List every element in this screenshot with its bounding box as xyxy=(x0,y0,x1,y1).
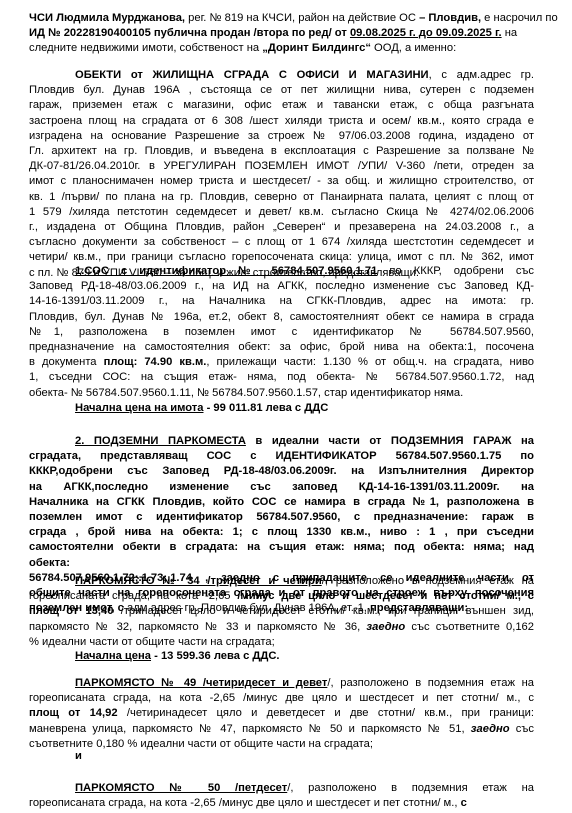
text-line: гараж, приземен етаж с магазини, офис ет… xyxy=(29,98,534,113)
text-line: поземлен имот с идентификатор 56784.507.… xyxy=(29,510,534,525)
text-line: Гл. архитект на гр. Пловдив, и въведена … xyxy=(29,144,534,159)
text-line: сградата, представляващ СОС с ИДЕНТИФИКА… xyxy=(29,449,534,464)
text-line: съгласно документи за собственост – с пл… xyxy=(29,235,534,250)
text-line: ПАРКОМЯСТО № 50 /петдесет/, разположено … xyxy=(29,781,534,796)
item1-price-value: - 99 011.81 лева с ДДС xyxy=(203,402,328,414)
text-line: ЧСИ Людмила Мурджанова, рег. № 819 на КЧ… xyxy=(29,11,562,26)
text-line: в документа площ: 74.90 кв.м., прилежащи… xyxy=(29,355,534,370)
building-description-paragraph: ОБЕКТИ от ЖИЛИЩНА СГРАДА С ОФИСИ И МАГАЗ… xyxy=(29,68,534,281)
text-line: 1 579 /хиляда петстотин седемдесет и дев… xyxy=(29,205,534,220)
text-line: ИД № 20228190400105 публична продан /вто… xyxy=(29,26,562,41)
parking-34-price-value: - 13 599.36 лева с ДДС. xyxy=(151,650,280,662)
text-line: 1.СОС с идентификатор № 56784.507.9560.1… xyxy=(29,264,534,279)
text-line: гореописаната сграда, на кота -2,65 /мин… xyxy=(29,589,534,604)
text-line: маневрена улица, паркомясто № 47, парком… xyxy=(29,722,534,737)
item1-price-label: Начална цена на имота xyxy=(75,402,203,414)
text-line: гореописаната сграда, на кота -2,65 /мин… xyxy=(29,796,534,811)
parking-34-paragraph: ПАРКОМЯСТО № 34 /тридесет и четири/, раз… xyxy=(29,574,534,650)
text-line: ПАРКОМЯСТО № 49 /четиридесет и девет/, р… xyxy=(29,676,534,691)
text-line: 2. ПОДЗЕМНИ ПАРКОМЕСТА в идеални части о… xyxy=(29,434,534,449)
text-line: следните недвижими имоти, собственост на… xyxy=(29,41,562,56)
conjunction-and: и xyxy=(75,750,105,764)
parking-34-price: Начална цена - 13 599.36 лева с ДДС. xyxy=(75,649,535,664)
text-line: Пловдив, бул. Дунав № 196а, ет.2, обект … xyxy=(29,310,534,325)
text-line: Заповед РД-18-48/03.06.2009 г., на ИД на… xyxy=(29,279,534,294)
text-line: г., издадена от Община Пловдив, район „С… xyxy=(29,220,534,235)
text-line: ПАРКОМЯСТО № 34 /тридесет и четири/, раз… xyxy=(29,574,534,589)
parking-50-paragraph: ПАРКОМЯСТО № 50 /петдесет/, разположено … xyxy=(29,781,534,811)
text-line: обекта: xyxy=(29,556,534,571)
header-paragraph: ЧСИ Людмила Мурджанова, рег. № 819 на КЧ… xyxy=(29,11,562,56)
text-line: сграда , брой нива на обекта: 1; с площ … xyxy=(29,525,534,540)
text-line: площ от 14,92 /четиринадесет цяло и деве… xyxy=(29,706,534,721)
text-line: застроена площ на сградата от 6 308 /шес… xyxy=(29,114,534,129)
text-line: % идеални части от общите части на сград… xyxy=(29,635,534,650)
text-line: площ от 13,40 /тринадесет цяло и четирид… xyxy=(29,604,534,619)
text-line: Пловдив бул. Дунав 196А , състояща се от… xyxy=(29,83,534,98)
text-line: №1, разположена в поземлен имот с иденти… xyxy=(29,325,534,340)
text-line: имот с планоснимачен номер триста и шест… xyxy=(29,174,534,189)
text-line: паркомясто № 32, паркомясто № 33 и парко… xyxy=(29,620,534,635)
text-line: ДК-07-81/26.04.2010г. в УРЕГУЛИРАН ПОЗЕМ… xyxy=(29,159,534,174)
text-line: самостоятелни обекти в сградата: на същи… xyxy=(29,540,534,555)
text-line: предназначение на самостоятелния обект: … xyxy=(29,340,534,355)
text-line: 1, съседни СОС: на същия етаж- няма, под… xyxy=(29,370,534,385)
parking-49-paragraph: ПАРКОМЯСТО № 49 /четиридесет и девет/, р… xyxy=(29,676,534,752)
text-line: изградена на основание Разрешение за стр… xyxy=(29,129,534,144)
parking-34-price-label: Начална цена xyxy=(75,650,151,662)
text-line: 14-16-1391/03.11.2009 г., на Началника н… xyxy=(29,294,534,309)
text-line: обекта- № 56784.507.9560.1.11, № 56784.5… xyxy=(29,386,534,401)
text-line: гореописаната сграда, на кота -2,65 /мин… xyxy=(29,691,534,706)
text-line: кв. 1 /първи/ по плана на гр. Пловдив, с… xyxy=(29,190,534,205)
item1-office-paragraph: 1.СОС с идентификатор № 56784.507.9560.1… xyxy=(29,264,534,401)
text-line: на АГКК,последно изменение със заповед К… xyxy=(29,480,534,495)
text-line: Началника на СГКК Пловдив, който СОС се … xyxy=(29,495,534,510)
text-line: ОБЕКТИ от ЖИЛИЩНА СГРАДА С ОФИСИ И МАГАЗ… xyxy=(29,68,534,83)
item1-price: Начална цена на имота - 99 011.81 лева с… xyxy=(75,401,535,416)
text-line: КККР,одобрени със Заповед РД-18-48/03.06… xyxy=(29,464,534,479)
